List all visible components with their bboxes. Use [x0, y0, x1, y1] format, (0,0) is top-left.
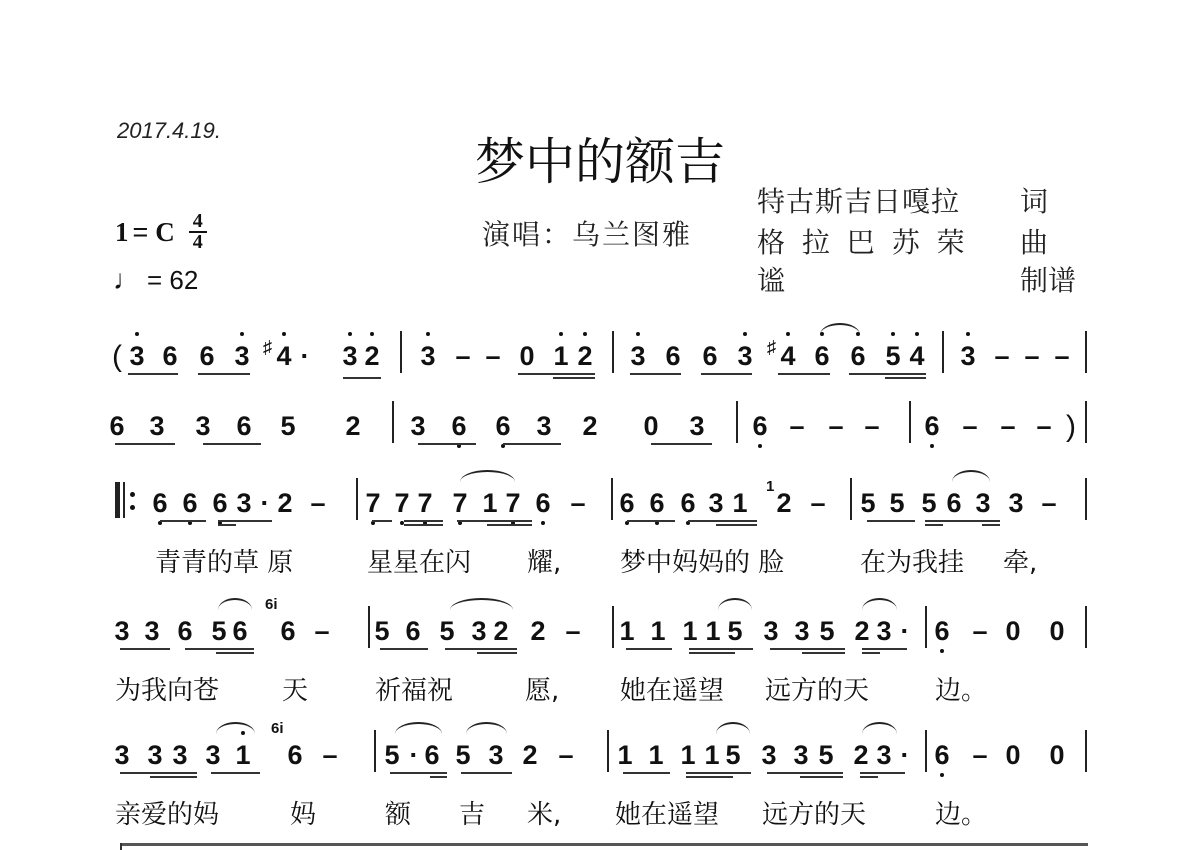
eighth-beam	[767, 772, 843, 774]
note-digit: 3	[737, 341, 752, 371]
key-degree: 1	[115, 217, 129, 248]
note-digit: –	[1054, 341, 1069, 371]
eighth-beam	[770, 648, 845, 650]
duration-dash: –	[971, 740, 989, 771]
note: 5	[210, 616, 228, 647]
barline	[607, 730, 609, 772]
barline	[1085, 730, 1087, 772]
note: 3	[1007, 488, 1025, 519]
lyric-text: 边。	[935, 794, 987, 831]
note-digit: –	[994, 341, 1009, 371]
duration-dash: –	[788, 411, 806, 442]
eighth-beam	[623, 772, 670, 774]
credit-lyricist: 特古斯吉日嘎拉 词	[757, 180, 960, 220]
note: 6	[161, 341, 179, 372]
lyric-text: 梦中妈妈的 脸	[620, 542, 784, 579]
duration-dash: –	[313, 616, 331, 647]
note-digit: –	[1024, 341, 1039, 371]
note-digit: 7	[365, 488, 380, 518]
barline	[850, 478, 852, 520]
grace-note: 1	[766, 478, 774, 495]
eighth-beam	[160, 520, 206, 522]
eighth-beam	[867, 520, 915, 522]
note: 4♯	[779, 341, 797, 372]
duration-dash: –	[321, 740, 339, 771]
slur-arc	[218, 598, 252, 610]
note-digit: 6	[752, 411, 767, 441]
sharp-icon: ♯	[263, 337, 272, 358]
note: 5	[920, 488, 938, 519]
note-digit: ·	[261, 488, 270, 518]
eighth-beam	[457, 520, 532, 522]
high-octave-dot	[135, 332, 139, 336]
note-digit: 2	[854, 616, 869, 646]
note-digit: 6	[814, 341, 829, 371]
augmentation-dot: ·	[405, 740, 423, 771]
note: 6	[923, 411, 941, 442]
note-digit: 6	[946, 488, 961, 518]
note-digit: 6	[182, 488, 197, 518]
credit-name: 谧	[757, 264, 785, 297]
lyric-text: 牵,	[1003, 542, 1037, 579]
barline	[925, 606, 927, 648]
tempo-value: = 62	[147, 265, 198, 296]
note-digit: 3	[630, 341, 645, 371]
note-digit: 3	[144, 616, 159, 646]
time-signature-top: 4	[193, 213, 203, 230]
note-digit: 3	[471, 616, 486, 646]
note-digit: –	[864, 411, 879, 441]
note-digit: 6	[212, 488, 227, 518]
eighth-beam	[404, 520, 443, 522]
eighth-beam	[862, 648, 907, 650]
note: 6	[813, 341, 831, 372]
note-digit: 2	[345, 411, 360, 441]
note: 0	[1048, 740, 1066, 771]
note-digit: 6	[702, 341, 717, 371]
duration-dash: –	[484, 341, 502, 372]
bottom-divider-corner	[120, 843, 122, 850]
note-digit: –	[1000, 411, 1015, 441]
note: 6	[534, 488, 552, 519]
slur-arc	[216, 722, 255, 734]
note: 7	[451, 488, 469, 519]
note: 6	[618, 488, 636, 519]
credit-role: 曲	[1020, 221, 1048, 261]
barline	[1085, 401, 1087, 443]
eighth-beam	[120, 648, 170, 650]
duration-dash: –	[557, 740, 575, 771]
note-digit: –	[485, 341, 500, 371]
bottom-divider	[120, 843, 1088, 846]
lyric-text: 为我向苍	[115, 670, 219, 707]
high-octave-dot	[240, 332, 244, 336]
slur-arc	[450, 598, 513, 610]
lyric-text: 妈	[290, 794, 316, 831]
note-digit: 2	[493, 616, 508, 646]
note-digit: –	[570, 488, 585, 518]
note-digit: 3	[488, 740, 503, 770]
high-octave-dot	[426, 332, 430, 336]
note-digit: 1	[704, 740, 719, 770]
note-digit: ·	[301, 341, 310, 371]
repeat-start-thick-bar	[115, 482, 120, 518]
note-digit: 0	[1005, 740, 1020, 770]
eighth-beam	[849, 373, 926, 375]
repeat-dot	[130, 492, 135, 497]
note: 3	[194, 411, 212, 442]
barline	[1085, 331, 1087, 373]
eighth-beam	[418, 443, 476, 445]
note-digit: 5	[885, 341, 900, 371]
sixteenth-beam	[802, 652, 845, 654]
quarter-note-icon: ♩	[113, 264, 141, 296]
note-digit: –	[455, 341, 470, 371]
note: 7	[504, 488, 522, 519]
note-digit: 3	[761, 740, 776, 770]
note-digit: 4	[780, 341, 795, 371]
note-digit: 2	[277, 488, 292, 518]
barline	[612, 331, 614, 373]
note-digit: 6	[495, 411, 510, 441]
note: 3	[470, 616, 488, 647]
note-digit: 1	[235, 740, 250, 770]
sixteenth-beam	[800, 776, 843, 778]
note-digit: 1	[732, 488, 747, 518]
high-octave-dot	[786, 332, 790, 336]
duration-dash: –	[1035, 411, 1053, 442]
sixteenth-beam	[686, 776, 733, 778]
note: 0	[518, 341, 536, 372]
sixteenth-beam	[862, 652, 880, 654]
lyric-text: 远方的天	[765, 670, 869, 707]
lyric-text: 额	[385, 794, 411, 831]
lyric-text: 祈福祝	[375, 670, 453, 707]
slur-arc	[820, 323, 860, 335]
note-digit: 5	[384, 740, 399, 770]
note-digit: 5	[860, 488, 875, 518]
note: 6	[945, 488, 963, 519]
note-digit: 6	[152, 488, 167, 518]
credit-name: 特古斯吉日嘎拉	[757, 185, 960, 218]
high-octave-dot	[915, 332, 919, 336]
key-signature: 1 = C 4 4	[115, 213, 207, 251]
note: 3	[419, 341, 437, 372]
duration-dash: –	[999, 411, 1017, 442]
note-digit: 3	[536, 411, 551, 441]
note-digit: 3	[129, 341, 144, 371]
note: 1	[649, 616, 667, 647]
eighth-beam	[128, 373, 178, 375]
note-digit: 6	[680, 488, 695, 518]
note-digit: 1	[650, 616, 665, 646]
note: 2	[492, 616, 510, 647]
barline	[368, 606, 370, 648]
slur-arc	[862, 722, 897, 734]
note-digit: 1	[682, 616, 697, 646]
lyric-text: 边。	[935, 670, 987, 707]
note: 3	[128, 341, 146, 372]
slur-arc	[952, 470, 990, 482]
note: 5	[724, 740, 742, 771]
note: 6	[286, 740, 304, 771]
key-name: C	[155, 217, 175, 248]
note-digit: –	[972, 740, 987, 770]
note-digit: –	[310, 488, 325, 518]
note-digit: 3	[234, 341, 249, 371]
note-digit: 6	[424, 740, 439, 770]
note: 5	[383, 740, 401, 771]
note-digit: 6	[287, 740, 302, 770]
note: 0	[1004, 616, 1022, 647]
note-digit: 7	[417, 488, 432, 518]
note: 1	[731, 488, 749, 519]
slur-arc	[395, 722, 442, 734]
lyric-text: 米,	[527, 794, 561, 831]
note: 6	[933, 740, 951, 771]
note: 6	[849, 341, 867, 372]
note: 3	[204, 740, 222, 771]
note: 0	[642, 411, 660, 442]
lyric-text: 亲爱的妈	[115, 794, 219, 831]
note-digit: 5	[280, 411, 295, 441]
note: 6	[494, 411, 512, 442]
note: 6	[211, 488, 229, 519]
note-digit: 3	[876, 616, 891, 646]
note-digit: 1	[648, 740, 663, 770]
note-digit: 2	[582, 411, 597, 441]
duration-dash: –	[1053, 341, 1071, 372]
note-digit: 6	[934, 740, 949, 770]
note-digit: 1	[617, 740, 632, 770]
note-digit: 6	[199, 341, 214, 371]
note-digit: 5	[211, 616, 226, 646]
note: 6	[235, 411, 253, 442]
note-digit: 3	[342, 341, 357, 371]
note: 2	[276, 488, 294, 519]
note-digit: 0	[519, 341, 534, 371]
note-digit: –	[565, 616, 580, 646]
barline	[1085, 606, 1087, 648]
sharp-icon: ♯	[767, 337, 776, 358]
duration-dash: –	[971, 616, 989, 647]
sixteenth-beam	[716, 524, 757, 526]
barline	[400, 331, 402, 373]
note-digit: 6	[280, 616, 295, 646]
note-digit: –	[558, 740, 573, 770]
eighth-beam	[203, 443, 261, 445]
note-digit: 6	[850, 341, 865, 371]
note: 6	[450, 411, 468, 442]
note-digit: 3	[975, 488, 990, 518]
eighth-beam	[211, 772, 260, 774]
note-digit: 5	[725, 740, 740, 770]
note-digit: –	[314, 616, 329, 646]
note-digit: 1	[680, 740, 695, 770]
sixteenth-beam	[860, 776, 878, 778]
note-digit: 1	[553, 341, 568, 371]
note: 5	[818, 616, 836, 647]
note-digit: 3	[147, 740, 162, 770]
note: 6	[151, 488, 169, 519]
eighth-beam	[860, 772, 905, 774]
grace-note: 6i	[265, 596, 278, 613]
barline	[736, 401, 738, 443]
note: 3	[875, 740, 893, 771]
note: 1	[481, 488, 499, 519]
sixteenth-beam	[430, 776, 447, 778]
note: 3	[235, 488, 253, 519]
lyric-text: 星星在闪	[367, 542, 471, 579]
note: 7	[393, 488, 411, 519]
note-digit: ·	[410, 740, 419, 770]
note: 6	[423, 740, 441, 771]
eighth-beam	[380, 648, 428, 650]
slur-arc	[466, 722, 507, 734]
duration-dash: –	[1023, 341, 1041, 372]
note: 2	[853, 616, 871, 647]
note: 6	[701, 341, 719, 372]
note: 6	[181, 488, 199, 519]
note-digit: 6	[924, 411, 939, 441]
time-signature: 4 4	[189, 213, 207, 251]
sixteenth-beam	[553, 377, 595, 379]
note-digit: 6	[109, 411, 124, 441]
sixteenth-beam	[343, 377, 381, 379]
high-octave-dot	[743, 332, 747, 336]
note-digit: 0	[643, 411, 658, 441]
eighth-beam	[503, 443, 561, 445]
note: 5	[726, 616, 744, 647]
note-digit: 3	[708, 488, 723, 518]
note: 5	[454, 740, 472, 771]
singer-credit: 演唱：乌兰图雅	[482, 213, 692, 253]
note-digit: –	[1041, 488, 1056, 518]
note: 1	[234, 740, 252, 771]
sixteenth-beam	[487, 524, 532, 526]
note: 2	[576, 341, 594, 372]
note: 3	[736, 341, 754, 372]
eighth-beam	[686, 772, 751, 774]
song-title-text: 梦中的额吉	[475, 122, 725, 194]
note: 0	[1048, 616, 1066, 647]
note: 5	[859, 488, 877, 519]
slur-arc	[460, 470, 515, 482]
sixteenth-beam	[477, 652, 517, 654]
duration-dash: –	[863, 411, 881, 442]
note: 2	[529, 616, 547, 647]
note: 1	[647, 740, 665, 771]
high-octave-dot	[891, 332, 895, 336]
note: 5	[438, 616, 456, 647]
duration-dash: –	[993, 341, 1011, 372]
note-digit: –	[810, 488, 825, 518]
note-digit: 6	[232, 616, 247, 646]
sixteenth-beam	[150, 776, 197, 778]
low-octave-dot	[940, 773, 944, 777]
note: 7	[364, 488, 382, 519]
note-digit: 3	[172, 740, 187, 770]
note-digit: 3	[960, 341, 975, 371]
credit-role: 制谱	[1020, 259, 1076, 299]
grace-note: 6i	[271, 720, 284, 737]
eighth-beam	[630, 373, 681, 375]
barline	[392, 401, 394, 443]
note-digit: 5	[455, 740, 470, 770]
note-digit: 0	[1049, 740, 1064, 770]
eighth-beam	[688, 520, 757, 522]
note: 3	[959, 341, 977, 372]
note-digit: 6	[619, 488, 634, 518]
note-digit: –	[789, 411, 804, 441]
high-octave-dot	[370, 332, 374, 336]
note-digit: 5	[727, 616, 742, 646]
duration-dash: –	[961, 411, 979, 442]
credit-role: 词	[1020, 180, 1048, 220]
note: 3	[487, 740, 505, 771]
note-digit: 3	[794, 616, 809, 646]
credit-name: 格 拉 巴 苏 荣	[757, 226, 969, 259]
note: 1	[679, 740, 697, 771]
note: 3	[760, 740, 778, 771]
repeat-dot	[130, 505, 135, 510]
note: 5	[373, 616, 391, 647]
note: 1	[704, 616, 722, 647]
note-digit: 6	[934, 616, 949, 646]
credit-composer: 格 拉 巴 苏 荣 曲	[757, 221, 969, 261]
note: 2	[521, 740, 539, 771]
note-digit: 3	[195, 411, 210, 441]
low-octave-dot	[930, 444, 934, 448]
barline	[925, 730, 927, 772]
note: 6	[108, 411, 126, 442]
note-digit: 5	[921, 488, 936, 518]
note: 3	[762, 616, 780, 647]
note-digit: –	[962, 411, 977, 441]
key-equals: =	[133, 217, 149, 248]
note: 6	[648, 488, 666, 519]
duration-dash: –	[809, 488, 827, 519]
sixteenth-beam	[689, 652, 735, 654]
note: 6	[404, 616, 422, 647]
sixteenth-beam	[218, 524, 236, 526]
note-digit: 0	[1005, 616, 1020, 646]
note: 6	[664, 341, 682, 372]
low-octave-dot	[758, 444, 762, 448]
sixteenth-beam	[216, 652, 254, 654]
note: 1	[703, 740, 721, 771]
note-digit: –	[1036, 411, 1051, 441]
time-signature-bottom: 4	[193, 234, 203, 251]
note-digit: 3	[876, 740, 891, 770]
note-digit: 3	[410, 411, 425, 441]
note: 3	[148, 411, 166, 442]
note: 4	[908, 341, 926, 372]
repeat-start-thin-bar	[123, 482, 125, 518]
sixteenth-beam	[404, 524, 443, 526]
note-digit: ·	[901, 740, 910, 770]
lyric-text: 在为我挂	[860, 542, 964, 579]
note: 5	[888, 488, 906, 519]
lyric-text: 她在遥望	[615, 794, 719, 831]
note: 3	[629, 341, 647, 372]
note: 5	[884, 341, 902, 372]
note: 3	[171, 740, 189, 771]
note: 1	[681, 616, 699, 647]
note-digit: 5	[819, 616, 834, 646]
augmentation-dot: ·	[296, 341, 314, 372]
note: 3	[409, 411, 427, 442]
